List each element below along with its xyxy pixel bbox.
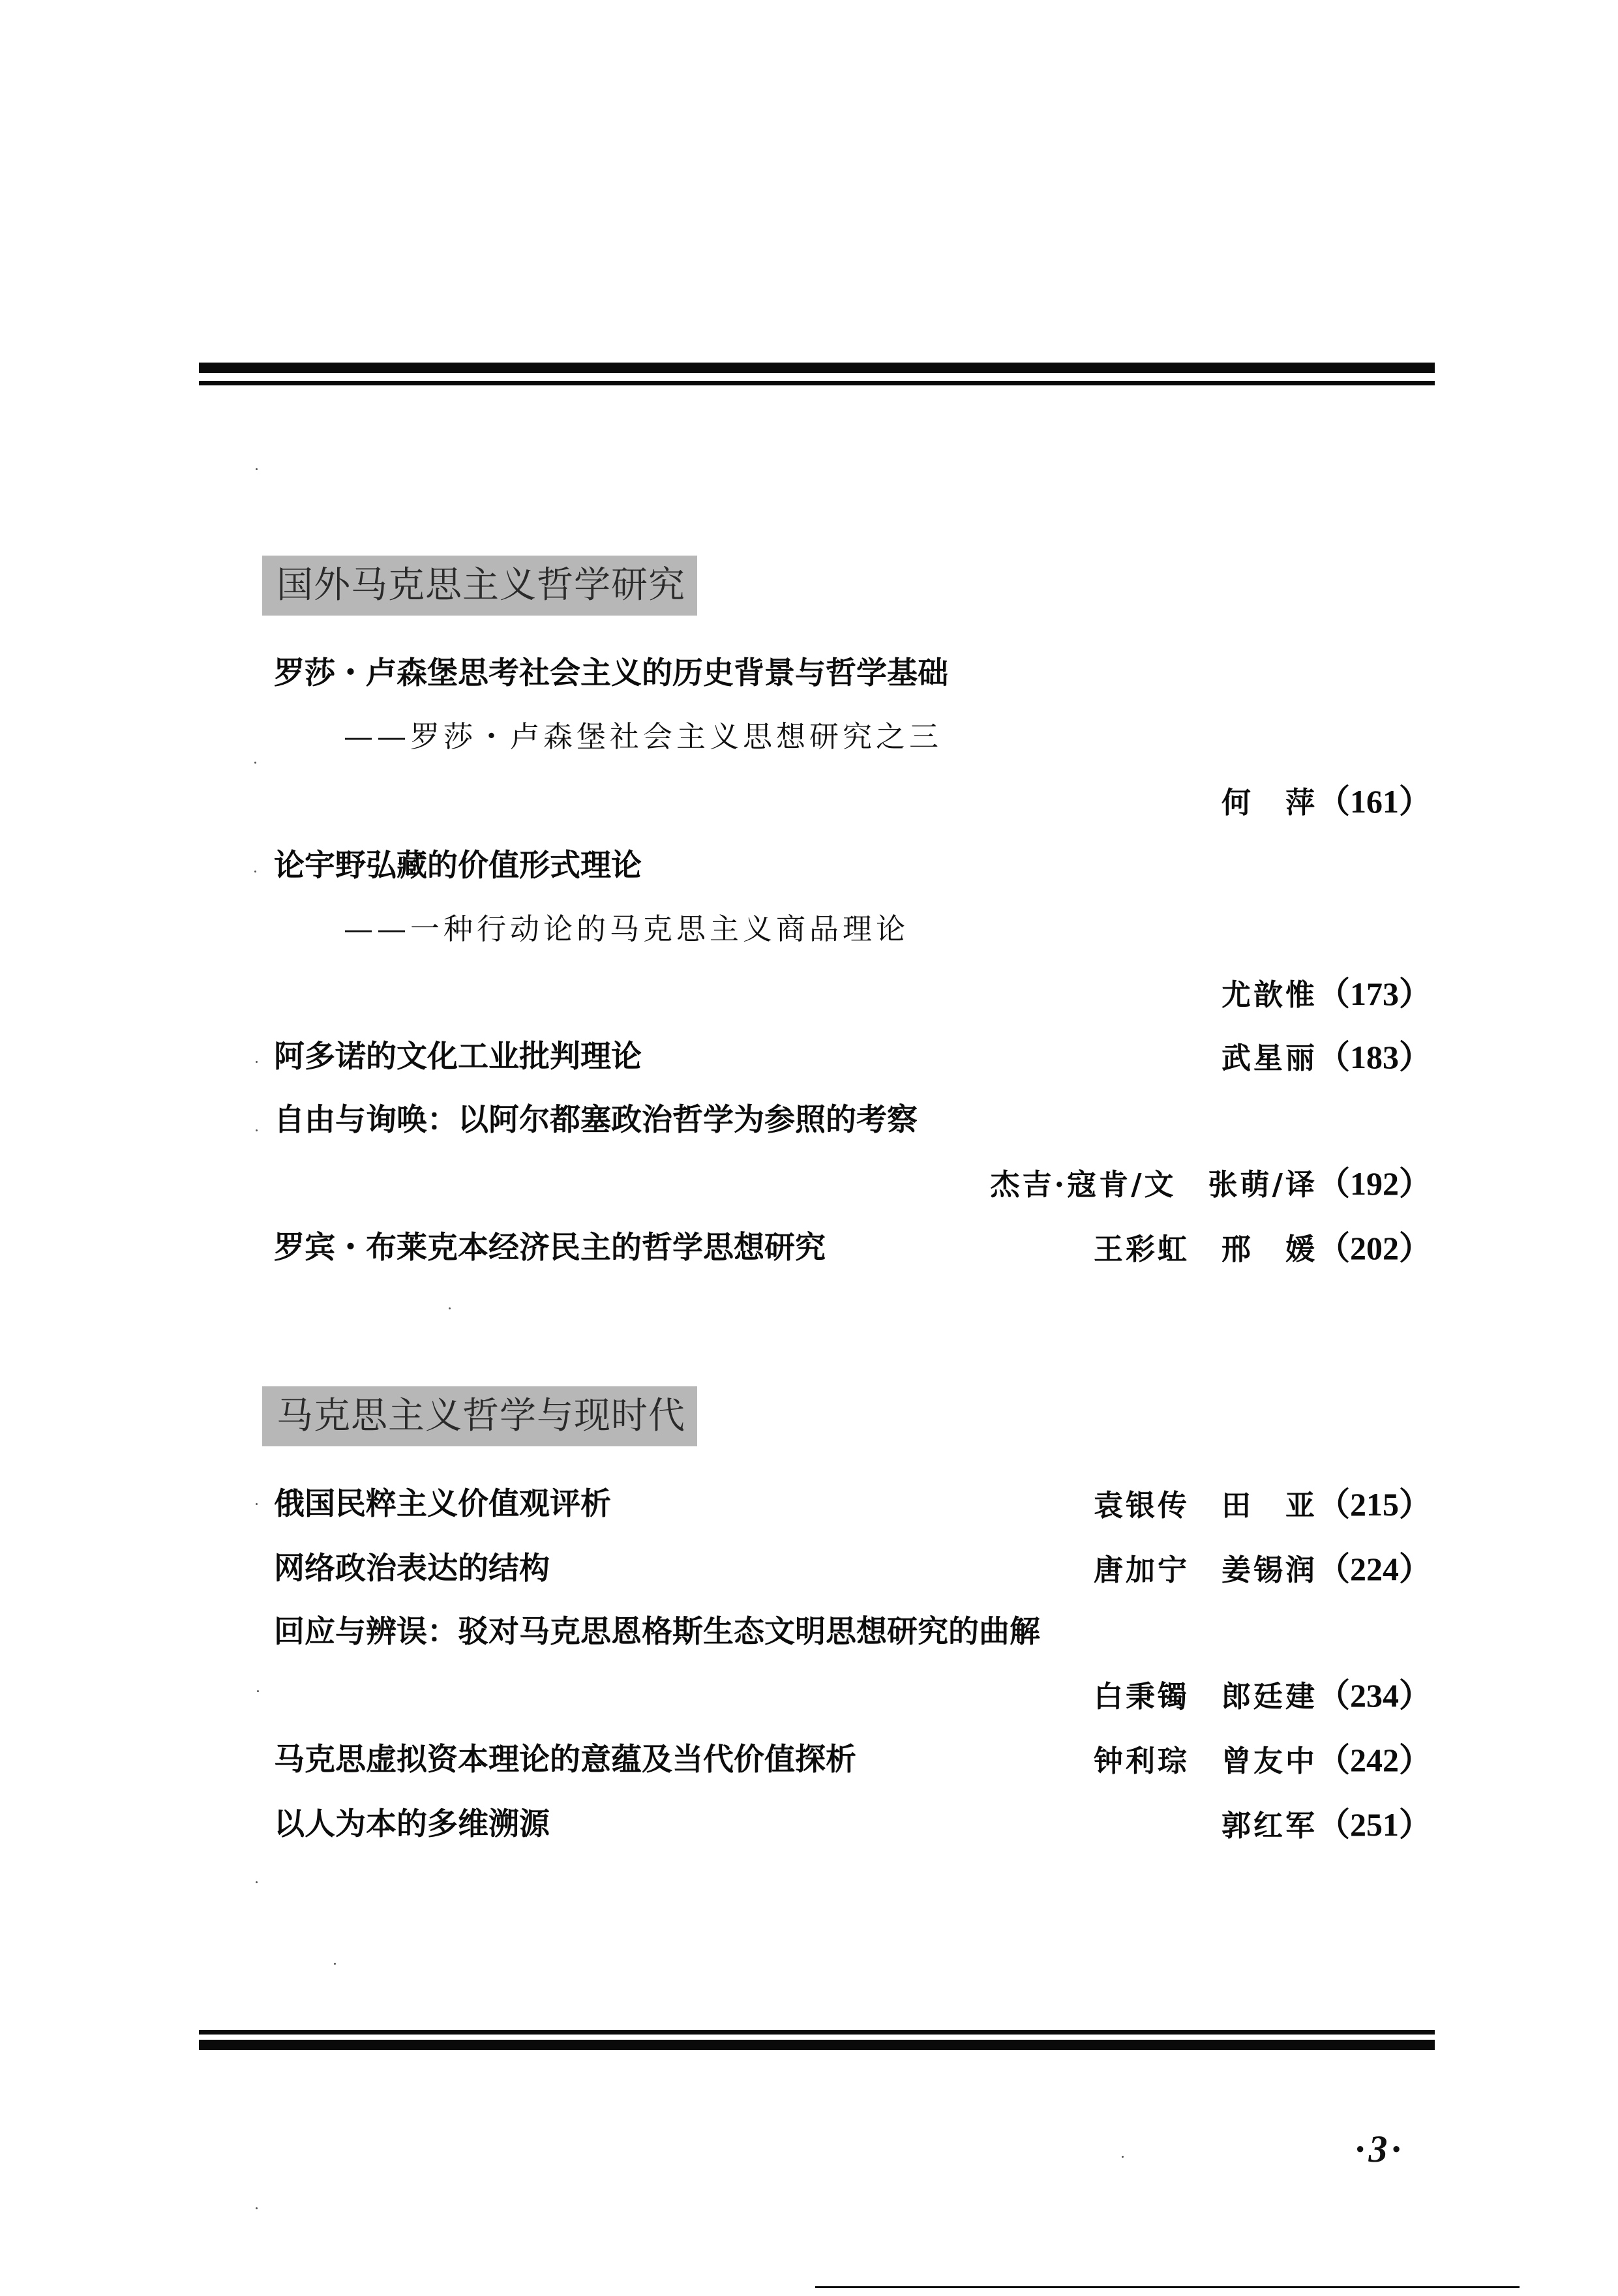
bottom-thick-rule [199,2040,1435,2050]
toc-entry-author: 钟利琮 曾友中（242） [1094,1740,1431,1781]
author-names: 白秉镯 郎廷建 [1094,1679,1317,1714]
toc-entry-title[interactable]: 阿多诺的文化工业批判理论 [274,1037,642,1077]
page-ref[interactable]: （161） [1317,783,1431,820]
page-number: ·3· [1355,2127,1405,2171]
toc-entry-author: 袁银传 田 亚（215） [1094,1485,1431,1525]
scan-speck [257,1690,259,1692]
page-ref[interactable]: （224） [1317,1551,1431,1587]
scan-speck [256,2207,258,2209]
scan-speck [256,1129,258,1131]
toc-entry-author: 白秉镯 郎廷建（234） [1094,1676,1431,1716]
author-names: 钟利琮 曾友中 [1094,1744,1317,1778]
bottom-thin-rule [199,2030,1435,2035]
author-names: 唐加宁 姜锡润 [1094,1553,1317,1587]
toc-entry-title[interactable]: 论宇野弘藏的价值形式理论 [274,846,642,886]
scan-edge-line [815,2286,1520,2288]
top-thin-rule [199,381,1435,385]
author-names: 袁银传 田 亚 [1094,1488,1317,1523]
author-names: 何 萍 [1221,785,1317,820]
toc-entry-subtitle: ——罗莎・卢森堡社会主义思想研究之三 [344,717,942,756]
author-names: 郭红军 [1221,1808,1317,1843]
page-ref[interactable]: （183） [1317,1039,1431,1075]
toc-entry-title[interactable]: 俄国民粹主义价值观评析 [274,1485,611,1524]
page-ref[interactable]: （202） [1317,1230,1431,1266]
section-header-marxism-modern-era: 马克思主义哲学与现时代 [262,1386,697,1446]
toc-entry-author: 何 萍（161） [1221,782,1431,822]
page-ref[interactable]: （242） [1317,1742,1431,1778]
top-thick-rule [199,363,1435,373]
scan-speck [254,762,256,764]
scan-speck [334,1963,336,1965]
section-header-foreign-marxism: 国外马克思主义哲学研究 [262,556,697,616]
toc-entry-author: 王彩虹 邢 媛（202） [1094,1229,1431,1269]
toc-entry-author: 郭红军（251） [1221,1805,1431,1845]
scan-speck [1122,2156,1124,2158]
toc-entry-title[interactable]: 以人为本的多维溯源 [274,1805,550,1844]
scan-speck [256,1881,258,1883]
page-ref[interactable]: （215） [1317,1486,1431,1523]
toc-entry-title[interactable]: 回应与辨误：驳对马克思恩格斯生态文明思想研究的曲解 [274,1613,1040,1652]
toc-entry-author: 武星丽（183） [1221,1037,1431,1078]
page-ref[interactable]: （173） [1317,976,1431,1012]
scan-speck [254,871,256,872]
toc-entry-title[interactable]: 自由与询唤：以阿尔都塞政治哲学为参照的考察 [274,1101,918,1140]
toc-entry-author: 杰吉·寇肯/文 张萌/译（192） [990,1164,1431,1204]
toc-entry-author: 尤歆惟（173） [1221,974,1431,1015]
toc-entry-title[interactable]: 罗莎・卢森堡思考社会主义的历史背景与哲学基础 [274,654,948,693]
scan-speck [256,468,258,470]
author-names: 武星丽 [1221,1041,1317,1075]
author-names: 杰吉·寇肯/文 张萌/译 [990,1167,1317,1202]
toc-entry-title[interactable]: 马克思虚拟资本理论的意蕴及当代价值探析 [274,1740,856,1780]
page-ref[interactable]: （234） [1317,1677,1431,1714]
scan-speck [256,1503,258,1505]
author-names: 王彩虹 邢 媛 [1094,1232,1317,1266]
page-ref[interactable]: （251） [1317,1806,1431,1843]
toc-entry-author: 唐加宁 姜锡润（224） [1094,1549,1431,1590]
toc-entry-subtitle: ——一种行动论的马克思主义商品理论 [344,910,909,949]
author-names: 尤歆惟 [1221,977,1317,1012]
scan-speck [449,1307,451,1309]
toc-entry-title[interactable]: 网络政治表达的结构 [274,1549,550,1588]
scan-speck [256,1061,258,1063]
toc-entry-title[interactable]: 罗宾・布莱克本经济民主的哲学思想研究 [274,1229,826,1268]
page-ref[interactable]: （192） [1317,1165,1431,1202]
